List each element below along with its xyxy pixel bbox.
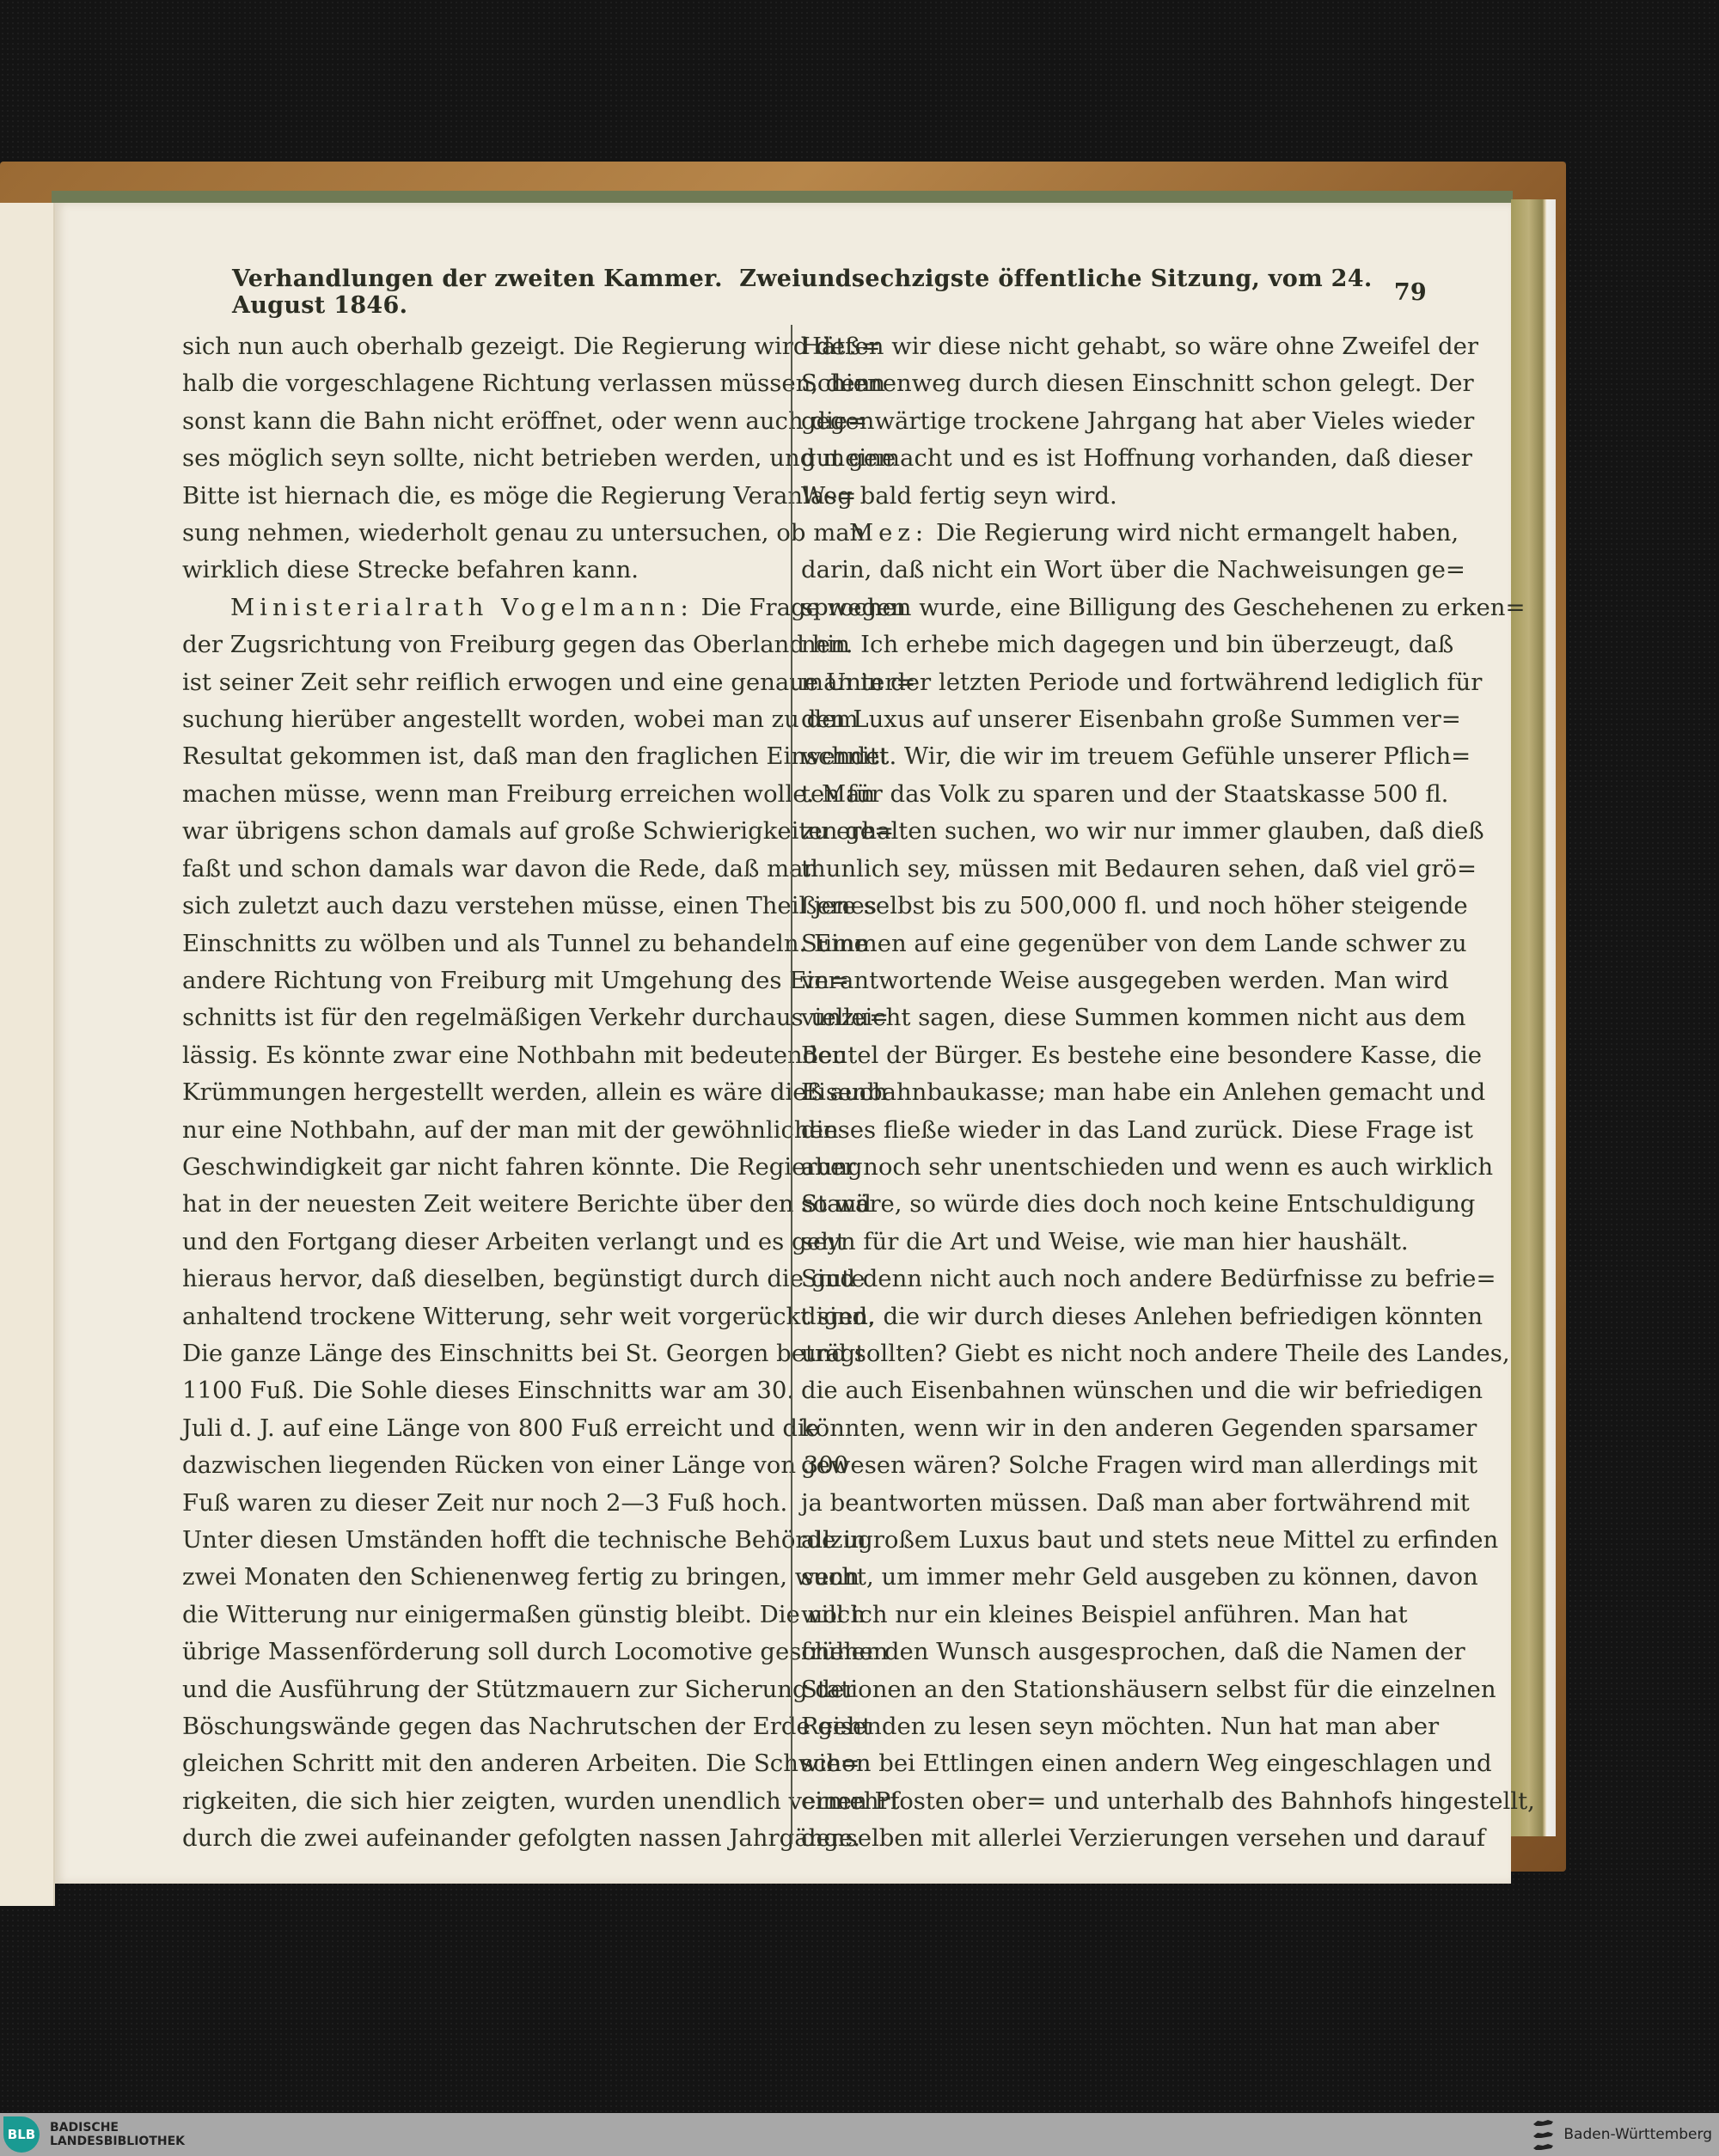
text-line: dieses fließe wieder in das Land zurück.… — [801, 1112, 1396, 1149]
text-line: nur eine Nothbahn, auf der man mit der g… — [182, 1112, 777, 1149]
text-line: suchung hierüber angestellt worden, wobe… — [182, 701, 777, 738]
text-line: und sollten? Giebt es nicht noch andere … — [801, 1335, 1396, 1372]
text-line: hieraus hervor, daß dieselben, begünstig… — [182, 1261, 777, 1298]
text-line: denselben mit allerlei Verzierungen vers… — [801, 1820, 1396, 1857]
text-line: übrige Massenförderung soll durch Locomo… — [182, 1634, 777, 1670]
speaker-name: Mez: — [849, 519, 928, 547]
text-line: vielleicht sagen, diese Summen kommen ni… — [801, 999, 1396, 1036]
text-line: anhaltend trockene Witterung, sehr weit … — [182, 1298, 777, 1335]
speaker-line: Mez: Die Regierung wird nicht ermangelt … — [801, 515, 1396, 552]
text-line: sich zuletzt auch dazu verstehen müsse, … — [182, 888, 777, 925]
text-line: aber noch sehr unentschieden und wenn es… — [801, 1149, 1396, 1186]
text-line: ßere selbst bis zu 500,000 fl. und noch … — [801, 888, 1396, 925]
text-line: durch die zwei aufeinander gefolgten nas… — [182, 1820, 777, 1857]
text-line: Eisenbahnbaukasse; man habe ein Anlehen … — [801, 1074, 1396, 1111]
text-line: sprochen wurde, eine Billigung des Gesch… — [801, 589, 1396, 626]
text-line: sonst kann die Bahn nicht eröffnet, oder… — [182, 403, 777, 440]
text-line: ist seiner Zeit sehr reiflich erwogen un… — [182, 664, 777, 701]
text-line: verantwortende Weise ausgegeben werden. … — [801, 962, 1396, 999]
footer-bar: BLB BADISCHE LANDESBIBLIOTHEK Baden-Würt… — [0, 2113, 1719, 2156]
text-line: Stationen an den Stationshäusern selbst … — [801, 1671, 1396, 1708]
text-line: war übrigens schon damals auf große Schw… — [182, 813, 777, 850]
text-line: dazwischen liegenden Rücken von einer Lä… — [182, 1447, 777, 1484]
facing-page-left — [0, 203, 55, 1906]
text-line: allzugroßem Luxus baut und stets neue Mi… — [801, 1522, 1396, 1559]
bw-branding[interactable]: Baden-Württemberg — [1531, 2116, 1712, 2153]
text-line: Schienenweg durch diesen Einschnitt scho… — [801, 365, 1396, 402]
blb-logo-icon: BLB — [3, 2116, 40, 2153]
speaker-line: Ministerialrath Vogelmann: Die Frage weg… — [182, 589, 777, 626]
text-line: ten für das Volk zu sparen und der Staat… — [801, 776, 1396, 813]
text-line: und die Ausführung der Stützmauern zur S… — [182, 1671, 777, 1708]
text-line: Hätten wir diese nicht gehabt, so wäre o… — [801, 328, 1396, 365]
text-line: digen, die wir durch dieses Anlehen befr… — [801, 1298, 1396, 1335]
text-line: Geschwindigkeit gar nicht fahren könnte.… — [182, 1149, 777, 1186]
text-line: und den Fortgang dieser Arbeiten verlang… — [182, 1224, 777, 1261]
text-line: machen müsse, wenn man Freiburg erreiche… — [182, 776, 777, 813]
text-column-right: Hätten wir diese nicht gehabt, so wäre o… — [801, 328, 1396, 1858]
text-line: den Luxus auf unserer Eisenbahn große Su… — [801, 701, 1396, 738]
text-line: hat in der neuesten Zeit weitere Bericht… — [182, 1186, 777, 1223]
text-line: Böschungswände gegen das Nachrutschen de… — [182, 1708, 777, 1745]
text-line: halb die vorgeschlagene Richtung verlass… — [182, 365, 777, 402]
text-line: wendet. Wir, die wir im treuem Gefühle u… — [801, 738, 1396, 775]
text-line: schon bei Ettlingen einen andern Weg ein… — [801, 1745, 1396, 1782]
text-line: Summen auf eine gegenüber von dem Lande … — [801, 925, 1396, 962]
text-line: die auch Eisenbahnen wünschen und die wi… — [801, 1372, 1396, 1409]
text-line: gewesen wären? Solche Fragen wird man al… — [801, 1447, 1396, 1484]
text-line: Juli d. J. auf eine Länge von 800 Fuß er… — [182, 1410, 777, 1447]
text-line: einen Pfosten ober= und unterhalb des Ba… — [801, 1783, 1396, 1820]
running-head-title: Verhandlungen der zweiten Kammer. Zweiun… — [232, 266, 1394, 319]
text-line: Bitte ist hiernach die, es möge die Regi… — [182, 478, 777, 515]
text-line: thunlich sey, müssen mit Bedauren sehen,… — [801, 851, 1396, 888]
text-line: zwei Monaten den Schienenweg fertig zu b… — [182, 1559, 777, 1596]
text-line: will ich nur ein kleines Beispiel anführ… — [801, 1597, 1396, 1634]
text-line: Die ganze Länge des Einschnitts bei St. … — [182, 1335, 777, 1372]
text-line: Reisenden zu lesen seyn möchten. Nun hat… — [801, 1708, 1396, 1745]
text-line: Sind denn nicht auch noch andere Bedürfn… — [801, 1261, 1396, 1298]
text-line: früher den Wunsch ausgesprochen, daß die… — [801, 1634, 1396, 1670]
text-line: seyn für die Art und Weise, wie man hier… — [801, 1224, 1396, 1261]
text-line: gegenwärtige trockene Jahrgang hat aber … — [801, 403, 1396, 440]
text-line: gut gemacht und es ist Hoffnung vorhande… — [801, 440, 1396, 477]
column-divider — [791, 325, 792, 1844]
text-line: Beutel der Bürger. Es bestehe eine beson… — [801, 1037, 1396, 1074]
text-line: schnitts ist für den regelmäßigen Verkeh… — [182, 999, 777, 1036]
coat-of-arms-lions-icon — [1531, 2116, 1557, 2153]
text-line: Fuß waren zu dieser Zeit nur noch 2—3 Fu… — [182, 1485, 777, 1522]
text-line: könnten, wenn wir in den anderen Gegende… — [801, 1410, 1396, 1447]
page-edge-right — [1511, 199, 1556, 1836]
text-line: lässig. Es könnte zwar eine Nothbahn mit… — [182, 1037, 777, 1074]
text-line: Einschnitts zu wölben und als Tunnel zu … — [182, 925, 777, 962]
blb-branding[interactable]: BLB BADISCHE LANDESBIBLIOTHEK — [3, 2116, 185, 2153]
text-line: Resultat gekommen ist, daß man den fragl… — [182, 738, 777, 775]
text-line: Weg bald fertig seyn wird. — [801, 478, 1396, 515]
text-line: nen. Ich erhebe mich dagegen und bin übe… — [801, 626, 1396, 663]
text-line: man in der letzten Periode und fortwähre… — [801, 664, 1396, 701]
text-line: gleichen Schritt mit den anderen Arbeite… — [182, 1745, 777, 1782]
text-line: ja beantworten müssen. Daß man aber fort… — [801, 1485, 1396, 1522]
text-line: sich nun auch oberhalb gezeigt. Die Regi… — [182, 328, 777, 365]
text-line: zu erhalten suchen, wo wir nur immer gla… — [801, 813, 1396, 850]
text-line: Unter diesen Umständen hofft die technis… — [182, 1522, 777, 1559]
text-line: die Witterung nur einigermaßen günstig b… — [182, 1597, 777, 1634]
text-line: faßt und schon damals war davon die Rede… — [182, 851, 777, 888]
running-head: Verhandlungen der zweiten Kammer. Zweiun… — [232, 273, 1427, 311]
page-number: 79 — [1394, 279, 1427, 306]
blb-name: BADISCHE LANDESBIBLIOTHEK — [50, 2121, 185, 2148]
text-line: so wäre, so würde dies doch noch keine E… — [801, 1186, 1396, 1223]
bw-name: Baden-Württemberg — [1563, 2126, 1712, 2143]
text-line: sung nehmen, wiederholt genau zu untersu… — [182, 515, 777, 552]
text-line: 1100 Fuß. Die Sohle dieses Einschnitts w… — [182, 1372, 777, 1409]
text-line: sucht, um immer mehr Geld ausgeben zu kö… — [801, 1559, 1396, 1596]
text-line: darin, daß nicht ein Wort über die Nachw… — [801, 552, 1396, 589]
text-line: der Zugsrichtung von Freiburg gegen das … — [182, 626, 777, 663]
speaker-name: Ministerialrath Vogelmann: — [230, 594, 694, 621]
text-column-left: sich nun auch oberhalb gezeigt. Die Regi… — [182, 328, 777, 1858]
text-line: Krümmungen hergestellt werden, allein es… — [182, 1074, 777, 1111]
text-line: rigkeiten, die sich hier zeigten, wurden… — [182, 1783, 777, 1820]
text-line: ses möglich seyn sollte, nicht betrieben… — [182, 440, 777, 477]
text-line: andere Richtung von Freiburg mit Umgehun… — [182, 962, 777, 999]
text-line: wirklich diese Strecke befahren kann. — [182, 552, 777, 589]
